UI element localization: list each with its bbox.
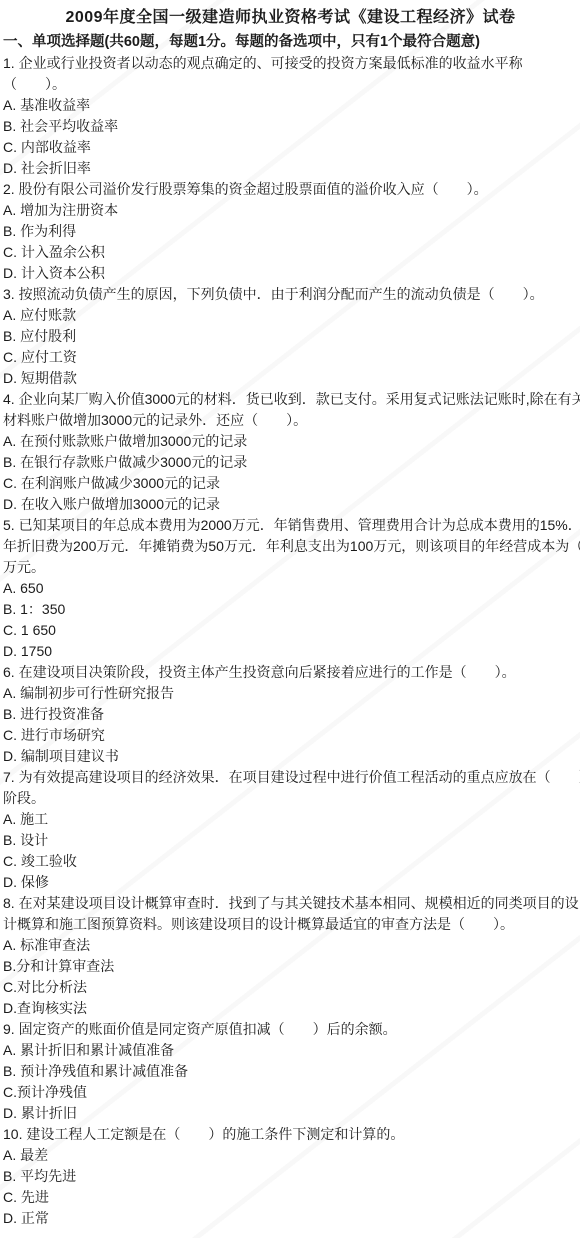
question-3: 3. 按照流动负债产生的原因，下列负债中．由于利润分配而产生的流动负债是（ ）。… — [3, 284, 578, 389]
question-2-option-b: B. 作为利得 — [3, 221, 578, 242]
question-5-option-d: D. 1750 — [3, 641, 578, 662]
question-4-text-line-1: 4. 企业向某厂购入价值3000元的材料．货已收到．款已支付。采用复式记账法记账… — [3, 389, 578, 410]
question-5-text-line-2: 年折旧费为200万元．年摊销费为50万元．年利息支出为100万元，则该项目的年经… — [3, 536, 578, 557]
question-8-option-d: D.查询核实法 — [3, 998, 578, 1019]
question-6: 6. 在建设项目决策阶段，投资主体产生投资意向后紧接着应进行的工作是（ ）。A.… — [3, 662, 578, 767]
question-1-option-d: D. 社会折旧率 — [3, 158, 578, 179]
question-1-option-b: B. 社会平均收益率 — [3, 116, 578, 137]
question-5-text-line-3: 万元。 — [3, 557, 578, 578]
question-10-option-d: D. 正常 — [3, 1208, 578, 1229]
question-8-option-a: A. 标准审查法 — [3, 935, 578, 956]
question-1-text-line-2: （ ）。 — [3, 74, 578, 95]
question-8-option-c: C.对比分析法 — [3, 977, 578, 998]
question-2-option-d: D. 计入资本公积 — [3, 263, 578, 284]
question-10-text-line-1: 10. 建设工程人工定额是在（ ）的施工条件下测定和计算的。 — [3, 1124, 578, 1145]
question-1: 1. 企业或行业投资者以动态的观点确定的、可接受的投资方案最低标准的收益水平称（… — [3, 53, 578, 179]
question-9-option-a: A. 累计折旧和累计减值准备 — [3, 1040, 578, 1061]
question-10-option-b: B. 平均先进 — [3, 1166, 578, 1187]
question-9-option-c: C.预计净残值 — [3, 1082, 578, 1103]
question-3-option-a: A. 应付账款 — [3, 305, 578, 326]
question-8-text-line-2: 计概算和施工图预算资料。则该建设项目的设计概算最适宜的审查方法是（ ）。 — [3, 914, 578, 935]
question-3-option-c: C. 应付工资 — [3, 347, 578, 368]
question-5-option-b: B. 1：350 — [3, 599, 578, 620]
question-5-option-c: C. 1 650 — [3, 620, 578, 641]
question-6-option-d: D. 编制项目建议书 — [3, 746, 578, 767]
question-4-option-b: B. 在银行存款账户做减少3000元的记录 — [3, 452, 578, 473]
question-7-text-line-2: 阶段。 — [3, 788, 578, 809]
question-7-option-b: B. 设计 — [3, 830, 578, 851]
question-4: 4. 企业向某厂购入价值3000元的材料．货已收到．款已支付。采用复式记账法记账… — [3, 389, 578, 515]
question-4-option-d: D. 在收入账户做增加3000元的记录 — [3, 494, 578, 515]
question-3-option-d: D. 短期借款 — [3, 368, 578, 389]
question-5-text-line-1: 5. 已知某项目的年总成本费用为2000万元．年销售费用、管理费用合计为总成本费… — [3, 515, 578, 536]
question-2-option-a: A. 增加为注册资本 — [3, 200, 578, 221]
question-6-option-b: B. 进行投资准备 — [3, 704, 578, 725]
exam-paper-page: 2009年度全国一级建造师执业资格考试《建设工程经济》试卷 一、单项选择题(共6… — [0, 0, 580, 1238]
question-4-text-line-2: 材料账户做增加3000元的记录外．还应（ ）。 — [3, 410, 578, 431]
question-5-option-a: A. 650 — [3, 578, 578, 599]
question-7-option-c: C. 竣工验收 — [3, 851, 578, 872]
question-8: 8. 在对某建设项目设计概算审查时．找到了与其关键技术基本相同、规模相近的同类项… — [3, 893, 578, 1019]
question-9-text-line-1: 9. 固定资产的账面价值是同定资产原值扣减（ ）后的余额。 — [3, 1019, 578, 1040]
question-6-option-a: A. 编制初步可行性研究报告 — [3, 683, 578, 704]
question-1-option-a: A. 基准收益率 — [3, 95, 578, 116]
question-1-text-line-1: 1. 企业或行业投资者以动态的观点确定的、可接受的投资方案最低标准的收益水平称 — [3, 53, 578, 74]
question-2-option-c: C. 计入盈余公积 — [3, 242, 578, 263]
question-10-option-a: A. 最差 — [3, 1145, 578, 1166]
question-4-option-a: A. 在预付账款账户做增加3000元的记录 — [3, 431, 578, 452]
paper-title: 2009年度全国一级建造师执业资格考试《建设工程经济》试卷 — [3, 5, 578, 31]
question-3-option-b: B. 应付股利 — [3, 326, 578, 347]
section-heading: 一、单项选择题(共60题，每题1分。每题的备选项中，只有1个最符合题意) — [3, 31, 578, 53]
question-6-text-line-1: 6. 在建设项目决策阶段，投资主体产生投资意向后紧接着应进行的工作是（ ）。 — [3, 662, 578, 683]
question-3-text-line-1: 3. 按照流动负债产生的原因，下列负债中．由于利润分配而产生的流动负债是（ ）。 — [3, 284, 578, 305]
question-9: 9. 固定资产的账面价值是同定资产原值扣减（ ）后的余额。A. 累计折旧和累计减… — [3, 1019, 578, 1124]
question-2: 2. 股份有限公司溢价发行股票筹集的资金超过股票面值的溢价收入应（ ）。A. 增… — [3, 179, 578, 284]
question-7-option-a: A. 施工 — [3, 809, 578, 830]
question-9-option-d: D. 累计折旧 — [3, 1103, 578, 1124]
question-2-text-line-1: 2. 股份有限公司溢价发行股票筹集的资金超过股票面值的溢价收入应（ ）。 — [3, 179, 578, 200]
question-6-option-c: C. 进行市场研究 — [3, 725, 578, 746]
question-1-option-c: C. 内部收益率 — [3, 137, 578, 158]
question-9-option-b: B. 预计净残值和累计减值准备 — [3, 1061, 578, 1082]
question-7-option-d: D. 保修 — [3, 872, 578, 893]
question-8-option-b: B.分和计算审查法 — [3, 956, 578, 977]
question-list: 1. 企业或行业投资者以动态的观点确定的、可接受的投资方案最低标准的收益水平称（… — [3, 53, 578, 1229]
question-7-text-line-1: 7. 为有效提高建设项目的经济效果．在项目建设过程中进行价值工程活动的重点应放在… — [3, 767, 578, 788]
question-10: 10. 建设工程人工定额是在（ ）的施工条件下测定和计算的。A. 最差B. 平均… — [3, 1124, 578, 1229]
question-8-text-line-1: 8. 在对某建设项目设计概算审查时．找到了与其关键技术基本相同、规模相近的同类项… — [3, 893, 578, 914]
question-4-option-c: C. 在利润账户做减少3000元的记录 — [3, 473, 578, 494]
question-10-option-c: C. 先进 — [3, 1187, 578, 1208]
question-5: 5. 已知某项目的年总成本费用为2000万元．年销售费用、管理费用合计为总成本费… — [3, 515, 578, 662]
question-7: 7. 为有效提高建设项目的经济效果．在项目建设过程中进行价值工程活动的重点应放在… — [3, 767, 578, 893]
